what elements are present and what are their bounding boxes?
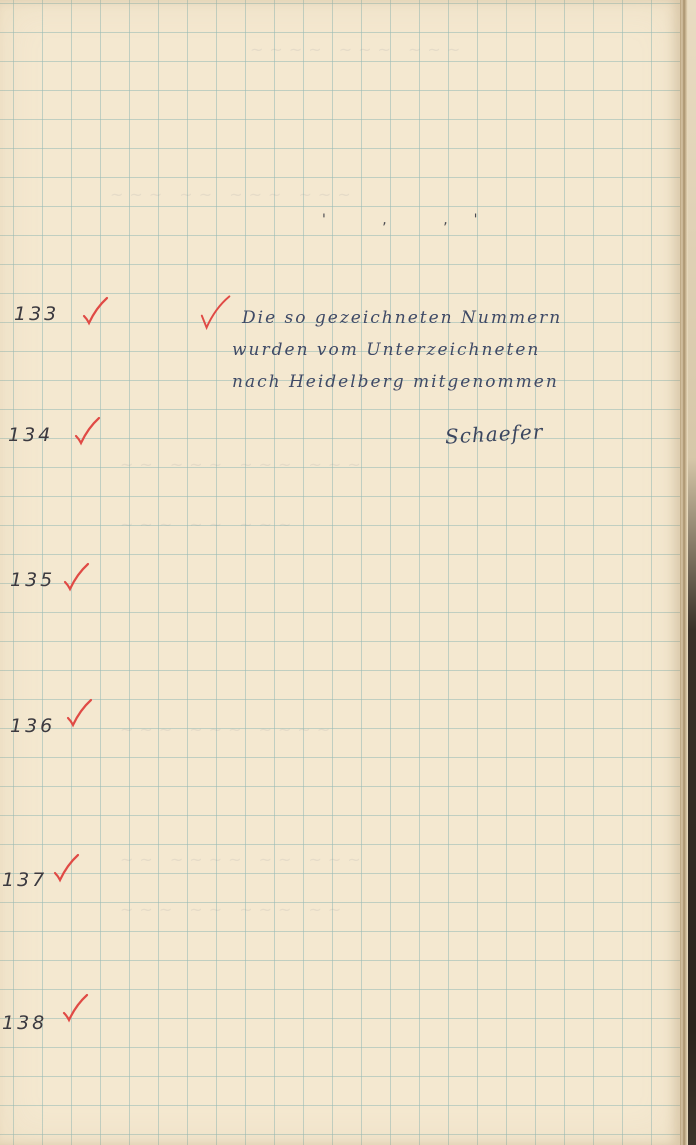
red-checkmark-icon [63, 562, 89, 592]
red-checkmark-icon [66, 698, 92, 728]
show-through-text: ~~~~ ~~~ ~~~ [250, 40, 466, 59]
red-checkmark-icon [74, 416, 100, 446]
show-through-text: ~~ ~~~ ~~~ ~~~ [120, 455, 367, 474]
red-checkmark-icon [62, 993, 88, 1023]
page-edge [680, 0, 688, 1145]
show-through-text: ~~~ ~~~ ~~~~ [120, 720, 336, 739]
show-through-text: ~~~ ~~ ~~~ ~~~ [110, 185, 357, 204]
note-line: Die so gezeichneten Nummern [232, 302, 672, 334]
entry-number: 137 [2, 869, 47, 891]
show-through-text: ~~~ ~~ ~~~ [120, 515, 297, 534]
show-through-text: ~~ ~~~~ ~~ ~~~ [120, 850, 367, 869]
handwritten-note: Die so gezeichneten Nummern wurden vom U… [232, 302, 672, 398]
entry-number: 134 [8, 424, 53, 446]
entry-number: 136 [10, 715, 55, 737]
entry-number: 138 [2, 1012, 47, 1034]
show-through-text: ~~~ ~~ ~~~ ~~ [120, 900, 347, 919]
note-line: nach Heidelberg mitgenommen [232, 366, 672, 398]
book-binding [688, 0, 696, 1145]
red-checkmark-icon [82, 296, 108, 326]
ink-marks: ' , ,' [322, 212, 504, 228]
entry-number: 133 [14, 303, 59, 325]
red-checkmark-icon [196, 294, 234, 330]
note-line: wurden vom Unterzeichneten [232, 334, 672, 366]
signature: Schaefer [444, 419, 543, 448]
red-checkmark-icon [53, 853, 79, 883]
entry-number: 135 [10, 569, 55, 591]
notebook-page: ~~~~ ~~~ ~~~ ~~~ ~~ ~~~ ~~~ ~~ ~~~ ~~~ ~… [0, 0, 680, 1145]
